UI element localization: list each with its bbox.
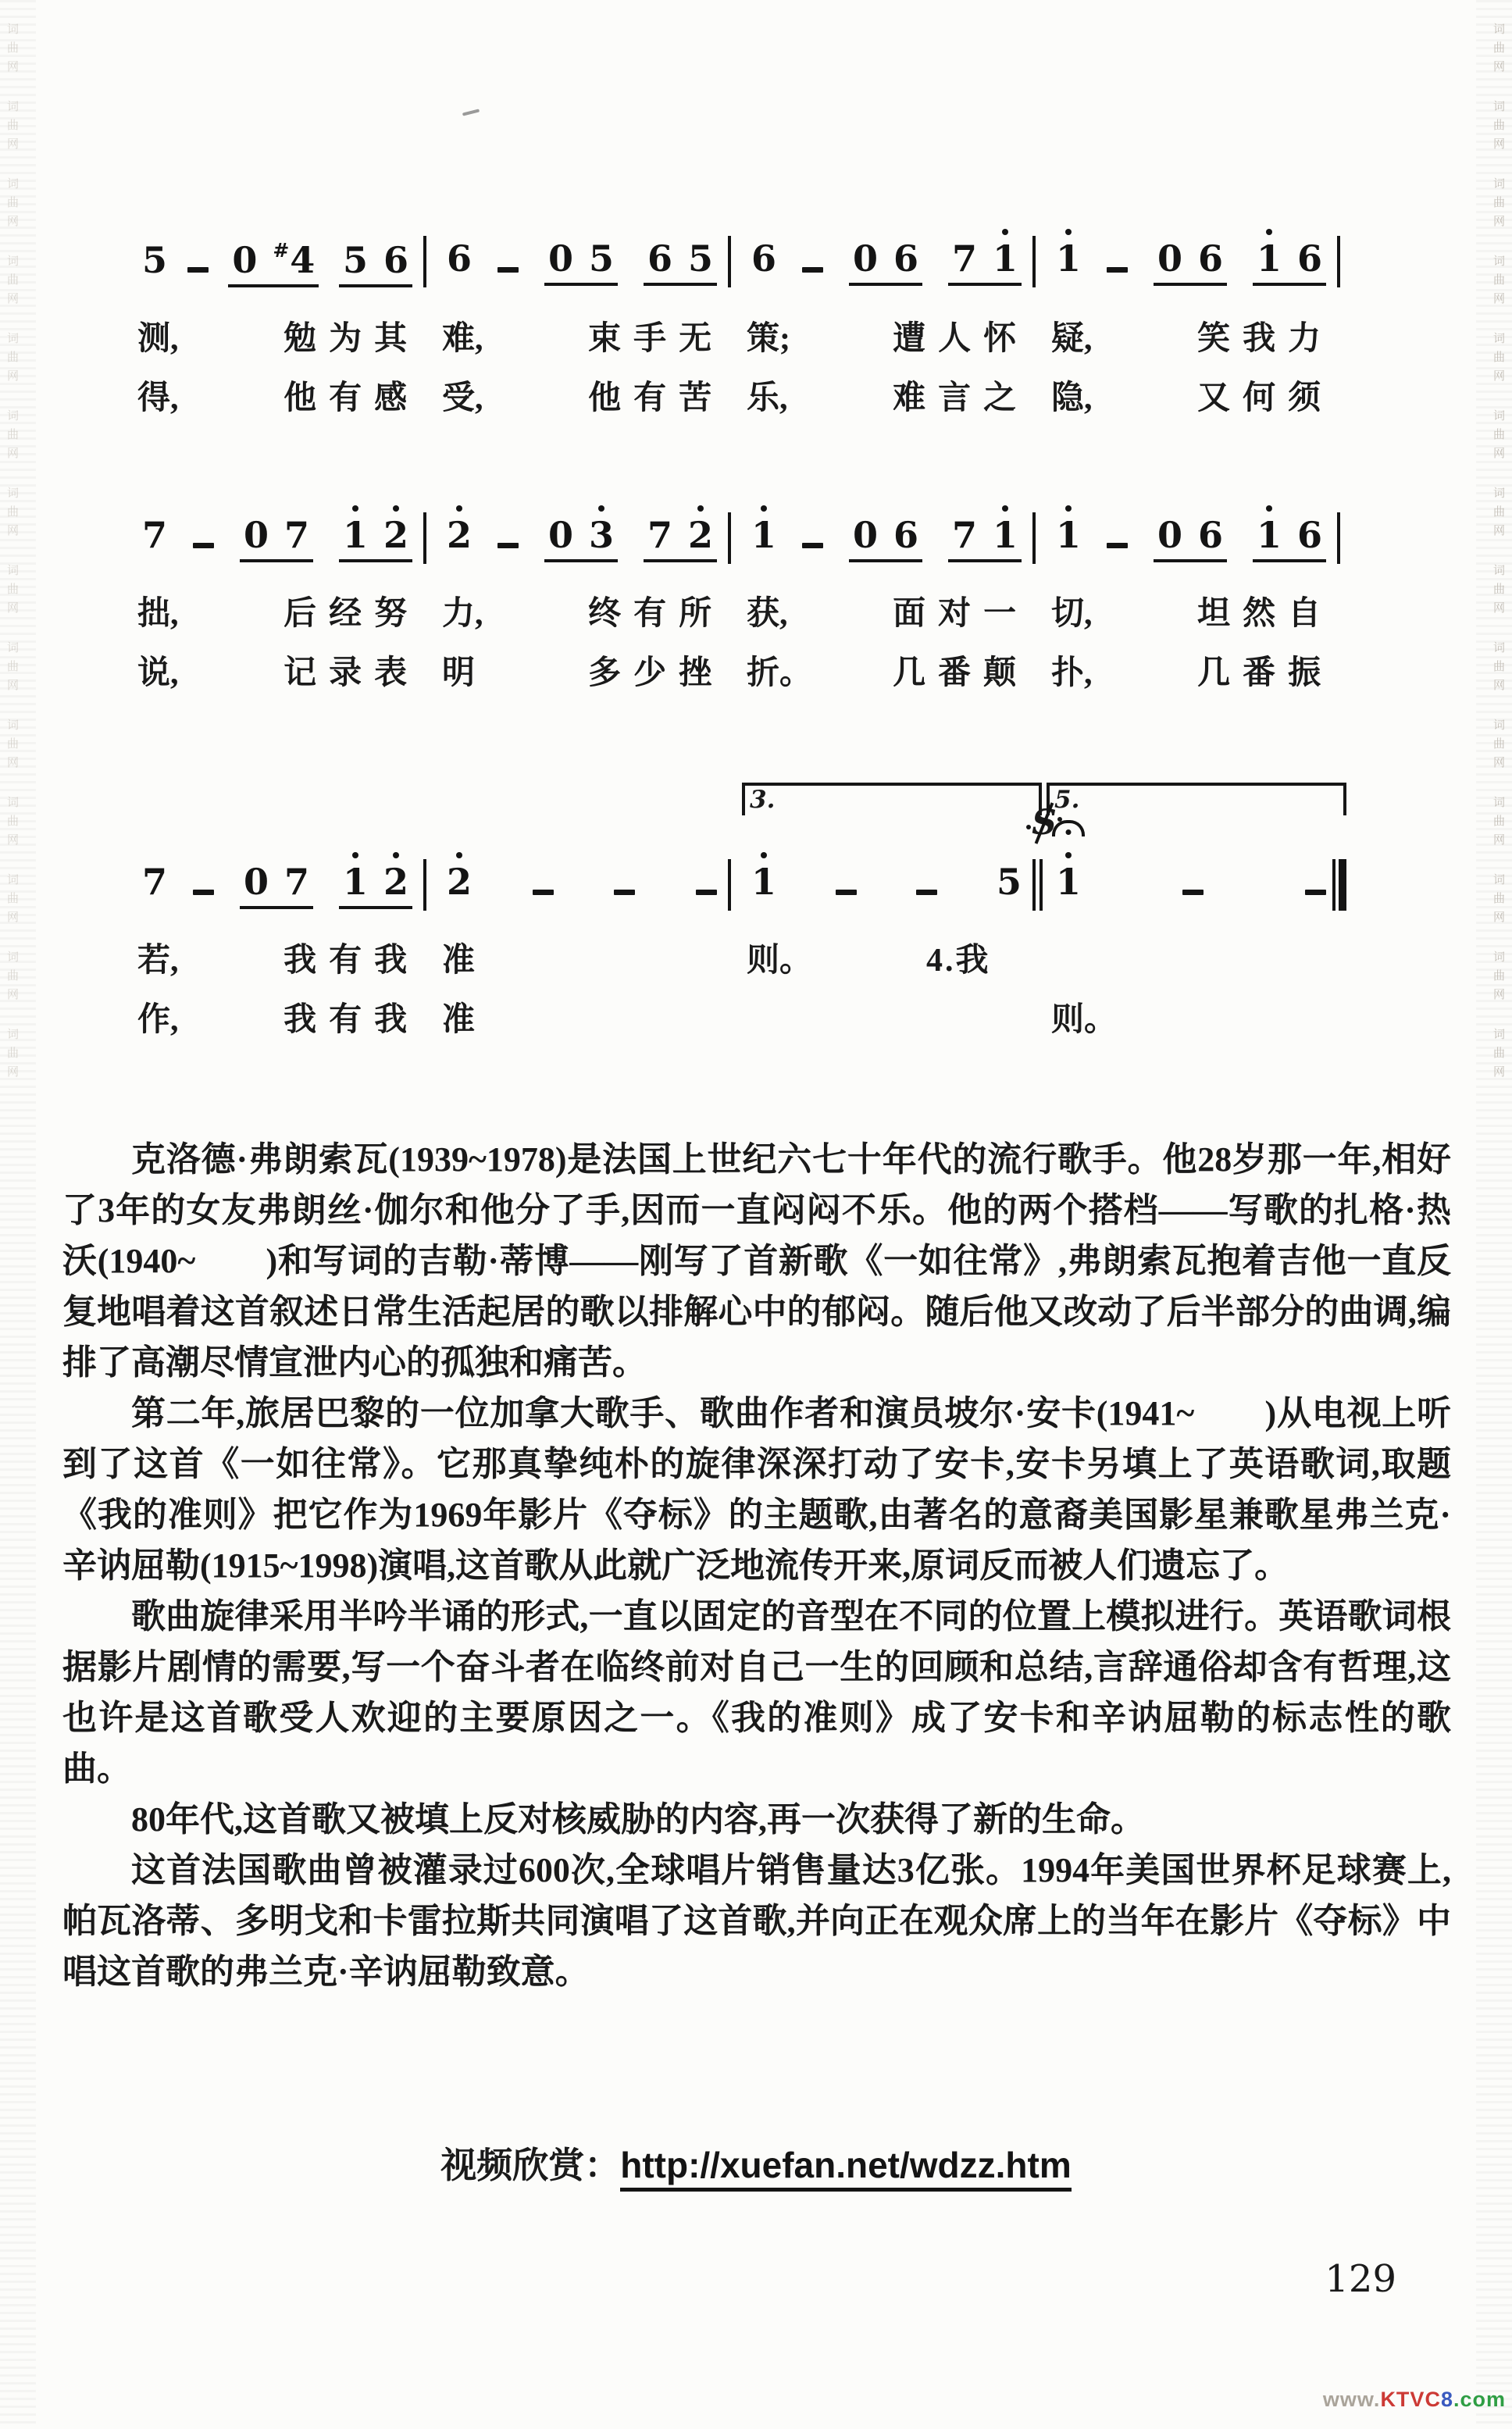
lyric-cell: 乐,难言之 <box>744 362 1048 422</box>
note-digit: 0 <box>1157 241 1182 276</box>
beam-group: 05 <box>544 241 618 286</box>
right-scan-edge: 词曲网词曲网词曲网词曲网词曲网词曲网词曲网词曲网词曲网词曲网词曲网词曲网词曲网词… <box>1476 0 1512 2429</box>
lyric-syllable: 折。 <box>747 647 812 694</box>
lyric-cell: 力,终有所 <box>439 578 744 637</box>
note-digit: 0 <box>1157 517 1182 553</box>
lyric-phrase: 终有所 <box>588 587 724 634</box>
lyric-syllable: 明 <box>442 647 475 694</box>
watermark-digit: 8 <box>1441 2388 1453 2411</box>
edge-watermark-char: 网 <box>1493 988 1505 1002</box>
scan-artifact <box>462 109 480 116</box>
lyric-syllable: 作, <box>137 993 179 1040</box>
beam-group: 03 <box>544 517 618 562</box>
lyric-cell: 明多少挫 <box>439 637 744 697</box>
edge-watermark-char: 曲 <box>7 815 19 829</box>
edge-watermark-char: 曲 <box>1493 196 1505 210</box>
edge-watermark-char: 网 <box>7 1065 19 1079</box>
edge-watermark-char: 网 <box>7 524 19 538</box>
lyric-cell <box>744 984 1048 1043</box>
duration-dash <box>497 543 519 548</box>
lyric-syllable: 策; <box>747 312 790 359</box>
note-digit: 6 <box>1198 241 1223 276</box>
lyric-phrase: 我有我 <box>283 934 419 981</box>
lyric-phrase: 又何须 <box>1197 372 1333 419</box>
edge-watermark-char: 曲 <box>7 273 19 287</box>
lyric-cell: 受,他有苦 <box>439 362 744 422</box>
barline-single <box>423 236 426 287</box>
beam-group: 12 <box>339 864 412 909</box>
edge-watermark-char: 词 <box>1493 332 1505 346</box>
edge-watermark-char: 词 <box>7 409 19 423</box>
beam-group: 16 <box>1253 241 1326 286</box>
note-digit: 5 <box>343 242 368 278</box>
lyric-syllable: 扑, <box>1051 647 1093 694</box>
measure: 70712 <box>134 851 439 909</box>
edge-watermark-char: 网 <box>1493 524 1505 538</box>
barline-single <box>1032 512 1036 564</box>
notation-row: 70712203721067110616 <box>134 505 1353 562</box>
lyric-cell: 得,他有感 <box>134 362 439 422</box>
note-digit: 0 <box>548 517 573 553</box>
edge-watermark-char: 网 <box>1493 447 1505 461</box>
edge-watermark-char: 网 <box>7 679 19 693</box>
barline-final <box>1332 859 1335 911</box>
note-digit: 1 <box>1056 241 1081 276</box>
edge-watermark-char: 曲 <box>1493 119 1505 133</box>
edge-watermark-char: 网 <box>7 447 19 461</box>
edge-watermark-char: 曲 <box>1493 273 1505 287</box>
lyric-cell: 切,坦然自 <box>1048 578 1353 637</box>
measure: 10616 <box>1048 228 1353 287</box>
song-background-notes: 克洛德·弗朗索瓦(1939~1978)是法国上世纪六七十年代的流行歌手。他28岁… <box>62 1134 1451 1997</box>
beam-group: 71 <box>948 241 1022 286</box>
note-digit: 1 <box>993 241 1018 276</box>
edge-watermark-char: 词 <box>1493 641 1505 655</box>
lyric-phrase: 记录表 <box>283 647 419 694</box>
volta-bracket: 5. <box>1047 783 1346 815</box>
edge-watermark-char: 曲 <box>7 428 19 442</box>
site-watermark: www.KTVC8.com <box>1323 2388 1506 2412</box>
lyric-phrase: 面对一 <box>893 587 1029 634</box>
edge-watermark-char: 曲 <box>1493 583 1505 597</box>
lyric-syllable: 得, <box>137 372 179 419</box>
duration-dash <box>1305 890 1326 895</box>
duration-dash <box>497 267 519 273</box>
note-digit: 7 <box>284 517 309 553</box>
note-digit: 0 <box>244 864 269 900</box>
sharp-accidental-icon: # <box>273 239 289 262</box>
note-digit: 6 <box>751 241 776 276</box>
duration-dash <box>1107 267 1128 273</box>
measure: 60671 <box>744 228 1048 287</box>
lyric-cell: 准 <box>439 984 744 1043</box>
edge-watermark-char: 词 <box>7 951 19 965</box>
edge-watermark-char: 词 <box>7 564 19 578</box>
lyric-syllable: 乐, <box>747 372 788 419</box>
note-digit: 6 <box>647 241 672 276</box>
lyric-row: 若,我有我准则。4.我 <box>134 925 1353 984</box>
edge-watermark-char: 网 <box>7 137 19 152</box>
note-digit: 1 <box>343 864 368 900</box>
paragraph: 歌曲旋律采用半吟半诵的形式,一直以固定的音型在不同的位置上模拟进行。英语歌词根据… <box>62 1591 1451 1794</box>
beam-group: 56 <box>339 242 412 287</box>
beam-group: 06 <box>849 517 922 562</box>
lyric-row: 得,他有感受,他有苦乐,难言之隐,又何须 <box>134 362 1353 422</box>
volta-label: 3. <box>750 786 775 814</box>
paragraph: 第二年,旅居巴黎的一位加拿大歌手、歌曲作者和演员坡尔·安卡(1941~ )从电视… <box>62 1388 1451 1591</box>
sheet-music-page: 词曲网词曲网词曲网词曲网词曲网词曲网词曲网词曲网词曲网词曲网词曲网词曲网词曲网词… <box>0 0 1512 2429</box>
lyric-syllable: 难, <box>442 312 483 359</box>
lyric-cell <box>1048 925 1353 984</box>
barline-single <box>728 512 731 564</box>
edge-watermark-char: 词 <box>7 719 19 733</box>
edge-watermark-char: 网 <box>7 601 19 615</box>
edge-watermark-char: 网 <box>1493 1065 1505 1079</box>
left-edge-watermark: 词曲网词曲网词曲网词曲网词曲网词曲网词曲网词曲网词曲网词曲网词曲网词曲网词曲网词… <box>7 20 19 1103</box>
volta-bracket: 3. <box>742 783 1042 815</box>
notation-row: 50#456605656067110616 <box>134 228 1353 287</box>
lyric-syllable: 若, <box>137 934 179 981</box>
edge-watermark-char: 词 <box>7 487 19 501</box>
edge-watermark-char: 网 <box>7 60 19 74</box>
beam-group: 16 <box>1253 517 1326 562</box>
edge-watermark-char: 词 <box>1493 951 1505 965</box>
barline-single <box>423 859 426 911</box>
note-digit: 1 <box>1257 517 1282 553</box>
lyric-phrase: 他有感 <box>283 372 419 419</box>
beam-group: 07 <box>240 517 313 562</box>
lyric-cell: 策;遭人怀 <box>744 303 1048 362</box>
lyric-syllable: 测, <box>137 312 179 359</box>
edge-watermark-char: 曲 <box>7 505 19 519</box>
note-digit: 7 <box>952 517 977 553</box>
duration-dash <box>836 890 857 895</box>
note-digit: 6 <box>893 517 918 553</box>
paragraph: 80年代,这首歌又被填上反对核威胁的内容,再一次获得了新的生命。 <box>62 1794 1451 1845</box>
lyric-phrase: 笑我力 <box>1197 312 1333 359</box>
note-digit: 2 <box>688 517 713 553</box>
lyric-cell: 若,我有我 <box>134 925 439 984</box>
edge-watermark-char: 词 <box>1493 1028 1505 1042</box>
edge-watermark-char: 词 <box>1493 177 1505 191</box>
left-scan-edge: 词曲网词曲网词曲网词曲网词曲网词曲网词曲网词曲网词曲网词曲网词曲网词曲网词曲网词… <box>0 0 36 2429</box>
note-digit: 6 <box>1198 517 1223 553</box>
edge-watermark-char: 曲 <box>7 41 19 55</box>
edge-watermark-char: 词 <box>1493 719 1505 733</box>
edge-watermark-char: 曲 <box>7 969 19 983</box>
edge-watermark-char: 词 <box>1493 796 1505 810</box>
edge-watermark-char: 曲 <box>1493 428 1505 442</box>
edge-watermark-char: 曲 <box>1493 969 1505 983</box>
barline-single <box>423 512 426 564</box>
note-digit: 1 <box>1257 241 1282 276</box>
lyric-cell: 准 <box>439 925 744 984</box>
lyric-cell: 获,面对一 <box>744 578 1048 637</box>
edge-watermark-char: 词 <box>7 641 19 655</box>
note-digit: 2 <box>383 864 408 900</box>
barline-single <box>1032 236 1036 287</box>
beam-group: 06 <box>1154 241 1227 286</box>
edge-watermark-char: 词 <box>7 100 19 114</box>
lyric-row: 测,勉为其难,束手无策;遭人怀疑,笑我力 <box>134 303 1353 362</box>
right-edge-watermark: 词曲网词曲网词曲网词曲网词曲网词曲网词曲网词曲网词曲网词曲网词曲网词曲网词曲网词… <box>1493 20 1505 1103</box>
edge-watermark-char: 曲 <box>1493 737 1505 751</box>
edge-watermark-char: 词 <box>1493 409 1505 423</box>
lyric-cell: 疑,笑我力 <box>1048 303 1353 362</box>
note-digit: 1 <box>993 517 1018 553</box>
lyric-syllable: 准 <box>442 993 475 1040</box>
note-digit: 5 <box>589 241 614 276</box>
measure: 5.1 <box>1048 851 1353 909</box>
paragraph: 克洛德·弗朗索瓦(1939~1978)是法国上世纪六七十年代的流行歌手。他28岁… <box>62 1134 1451 1388</box>
edge-watermark-char: 曲 <box>7 660 19 674</box>
lyric-phrase: 后经努 <box>283 587 419 634</box>
lyric-phrase: 坦然自 <box>1197 587 1333 634</box>
edge-watermark-char: 网 <box>7 833 19 847</box>
note-digit: 0 <box>232 242 257 278</box>
edge-watermark-char: 网 <box>7 369 19 383</box>
note-digit: 1 <box>343 517 368 553</box>
measure: 10671 <box>744 505 1048 562</box>
lyric-cell: 则。4.我 <box>744 925 1048 984</box>
lyric-cell: 折。几番颠 <box>744 637 1048 697</box>
edge-watermark-char: 曲 <box>7 737 19 751</box>
duration-dash <box>802 267 823 273</box>
measure: 50#456 <box>134 228 439 287</box>
lyric-phrase: 难言之 <box>893 372 1029 419</box>
note-digit: 7 <box>284 864 309 900</box>
note-digit: 5 <box>142 242 167 278</box>
duration-dash <box>187 267 209 273</box>
edge-watermark-char: 曲 <box>7 583 19 597</box>
edge-watermark-char: 曲 <box>1493 660 1505 674</box>
edge-watermark-char: 网 <box>1493 60 1505 74</box>
measure: 20372 <box>439 505 744 562</box>
edge-watermark-char: 曲 <box>7 892 19 906</box>
edge-watermark-char: 词 <box>7 23 19 37</box>
edge-watermark-char: 网 <box>1493 215 1505 229</box>
lyric-phrase: 他有苦 <box>588 372 724 419</box>
beam-group: 0#4 <box>228 241 319 287</box>
edge-watermark-char: 曲 <box>1493 892 1505 906</box>
duration-dash <box>916 890 937 895</box>
edge-watermark-char: 词 <box>7 332 19 346</box>
lyric-syllable: 隐, <box>1051 372 1093 419</box>
edge-watermark-char: 曲 <box>7 351 19 365</box>
lyric-syllable: 拙, <box>137 587 179 634</box>
lyric-phrase: 勉为其 <box>283 312 419 359</box>
beam-group: 65 <box>644 241 717 286</box>
video-url-link[interactable]: http://xuefan.net/wdzz.htm <box>620 2145 1072 2192</box>
note-digit: 7 <box>142 517 167 553</box>
watermark-suffix: .com <box>1453 2388 1506 2411</box>
edge-watermark-char: 曲 <box>1493 815 1505 829</box>
edge-watermark-char: 网 <box>1493 679 1505 693</box>
lyric-cell: 扑,几番振 <box>1048 637 1353 697</box>
score-system: 50#456605656067110616测,勉为其难,束手无策;遭人怀疑,笑我… <box>134 228 1353 422</box>
note-digit: #4 <box>273 241 315 278</box>
lyric-row: 作,我有我准则。 <box>134 984 1353 1043</box>
edge-watermark-char: 网 <box>1493 601 1505 615</box>
edge-watermark-char: 网 <box>7 292 19 306</box>
lyric-syllable: 说, <box>137 647 179 694</box>
duration-dash <box>1182 890 1204 895</box>
edge-watermark-char: 曲 <box>1493 1047 1505 1061</box>
lyric-cell: 隐,又何须 <box>1048 362 1353 422</box>
lyric-cell: 则。 <box>1048 984 1353 1043</box>
lyric-syllable: 切, <box>1051 587 1093 634</box>
duration-dash <box>614 890 635 895</box>
beam-group: 71 <box>948 517 1022 562</box>
edge-watermark-char: 词 <box>1493 487 1505 501</box>
edge-watermark-char: 词 <box>1493 564 1505 578</box>
watermark-site: KTVC <box>1380 2388 1441 2411</box>
edge-watermark-char: 曲 <box>1493 505 1505 519</box>
edge-watermark-char: 网 <box>1493 137 1505 152</box>
note-digit: 2 <box>447 864 472 900</box>
edge-watermark-char: 网 <box>1493 292 1505 306</box>
beam-group: 72 <box>644 517 717 562</box>
beam-group: 12 <box>339 517 412 562</box>
beam-group: 06 <box>849 241 922 286</box>
edge-watermark-char: 网 <box>1493 756 1505 770</box>
lyric-phrase: 4.我 <box>926 934 991 981</box>
volta-label: 5. <box>1054 786 1079 814</box>
lyric-phrase: 多少挫 <box>588 647 724 694</box>
edge-watermark-char: 网 <box>1493 833 1505 847</box>
lyric-syllable: 则。 <box>1051 993 1117 1040</box>
note-digit: 6 <box>447 241 472 276</box>
duration-dash <box>1107 543 1128 548</box>
note-digit: 5 <box>688 241 713 276</box>
edge-watermark-char: 网 <box>1493 911 1505 925</box>
beam-group: 07 <box>240 864 313 909</box>
edge-watermark-char: 网 <box>7 911 19 925</box>
lyric-syllable: 疑, <box>1051 312 1093 359</box>
edge-watermark-char: 网 <box>1493 369 1505 383</box>
barline-single <box>1337 236 1340 287</box>
edge-watermark-char: 曲 <box>1493 41 1505 55</box>
note-digit: 7 <box>647 517 672 553</box>
measure: 60565 <box>439 228 744 287</box>
video-link-line: 视频欣赏：http://xuefan.net/wdzz.htm <box>0 2137 1512 2188</box>
edge-watermark-char: 词 <box>7 873 19 887</box>
note-digit: 2 <box>447 517 472 553</box>
lyric-cell: 拙,后经努 <box>134 578 439 637</box>
note-digit: 7 <box>142 864 167 900</box>
note-digit: 5 <box>997 864 1022 900</box>
measure: 10616 <box>1048 505 1353 562</box>
measure: 2 <box>439 851 744 909</box>
edge-watermark-char: 词 <box>7 255 19 269</box>
lyric-syllable: 受, <box>442 372 483 419</box>
note-digit: 1 <box>751 864 776 900</box>
notation-row: 7071223.15S5.1 <box>134 851 1353 909</box>
duration-dash <box>193 890 214 895</box>
duration-dash <box>802 543 823 548</box>
edge-watermark-char: 网 <box>7 988 19 1002</box>
video-link-label: 视频欣赏： <box>440 2145 620 2185</box>
note-digit: 6 <box>893 241 918 276</box>
note-digit: 6 <box>383 242 408 278</box>
edge-watermark-char: 网 <box>7 215 19 229</box>
lyric-phrase: 我有我 <box>283 993 419 1040</box>
note-digit: 1 <box>1056 864 1081 900</box>
lyric-cell: 测,勉为其 <box>134 303 439 362</box>
duration-dash <box>533 890 554 895</box>
barline-single <box>728 859 731 911</box>
lyric-phrase: 几番颠 <box>893 647 1029 694</box>
edge-watermark-char: 词 <box>7 796 19 810</box>
edge-watermark-char: 曲 <box>7 196 19 210</box>
lyric-syllable: 力, <box>442 587 483 634</box>
note-digit: 1 <box>751 517 776 553</box>
duration-dash <box>193 543 214 548</box>
barline-single <box>1337 512 1340 564</box>
lyric-row: 说,记录表明多少挫折。几番颠扑,几番振 <box>134 637 1353 697</box>
edge-watermark-char: 词 <box>1493 100 1505 114</box>
score-system: 7071223.15S5.1若,我有我准则。4.我作,我有我准则。 <box>134 775 1353 1043</box>
edge-watermark-char: 词 <box>7 177 19 191</box>
lyric-row: 拙,后经努力,终有所获,面对一切,坦然自 <box>134 578 1353 637</box>
lyric-syllable: 准 <box>442 934 475 981</box>
edge-watermark-char: 词 <box>7 1028 19 1042</box>
lyric-cell: 难,束手无 <box>439 303 744 362</box>
lyric-phrase: 束手无 <box>588 312 724 359</box>
edge-watermark-char: 词 <box>1493 255 1505 269</box>
watermark-prefix: www. <box>1323 2388 1381 2411</box>
lyric-syllable: 则。 <box>747 934 812 981</box>
score-system: 70712203721067110616拙,后经努力,终有所获,面对一切,坦然自… <box>134 505 1353 697</box>
lyric-phrase: 遭人怀 <box>893 312 1029 359</box>
page-number: 129 <box>1325 2257 1396 2301</box>
note-digit: 0 <box>853 517 878 553</box>
note-digit: 0 <box>853 241 878 276</box>
edge-watermark-char: 曲 <box>1493 351 1505 365</box>
jianpu-score: 50#456605656067110616测,勉为其难,束手无策;遭人怀疑,笑我… <box>134 228 1353 1043</box>
barline-double <box>1032 859 1036 911</box>
note-digit: 0 <box>244 517 269 553</box>
edge-watermark-char: 网 <box>7 756 19 770</box>
measure: 3.15S <box>744 851 1048 909</box>
beam-group: 06 <box>1154 517 1227 562</box>
note-digit: 0 <box>548 241 573 276</box>
measure: 70712 <box>134 505 439 562</box>
lyric-syllable: 获, <box>747 587 788 634</box>
edge-watermark-char: 词 <box>1493 873 1505 887</box>
note-digit: 2 <box>383 517 408 553</box>
note-digit: 6 <box>1297 241 1322 276</box>
note-digit: 1 <box>1056 517 1081 553</box>
barline-single <box>728 236 731 287</box>
edge-watermark-char: 词 <box>1493 23 1505 37</box>
edge-watermark-char: 曲 <box>7 1047 19 1061</box>
lyric-cell: 作,我有我 <box>134 984 439 1043</box>
note-digit: 3 <box>589 517 614 553</box>
note-digit: 6 <box>1297 517 1322 553</box>
paragraph: 这首法国歌曲曾被灌录过600次,全球唱片销售量达3亿张。1994年美国世界杯足球… <box>62 1845 1451 1997</box>
edge-watermark-char: 曲 <box>7 119 19 133</box>
duration-dash <box>696 890 717 895</box>
lyric-cell: 说,记录表 <box>134 637 439 697</box>
note-digit: 7 <box>952 241 977 276</box>
fermata-icon <box>1052 820 1085 836</box>
lyric-phrase: 几番振 <box>1197 647 1333 694</box>
